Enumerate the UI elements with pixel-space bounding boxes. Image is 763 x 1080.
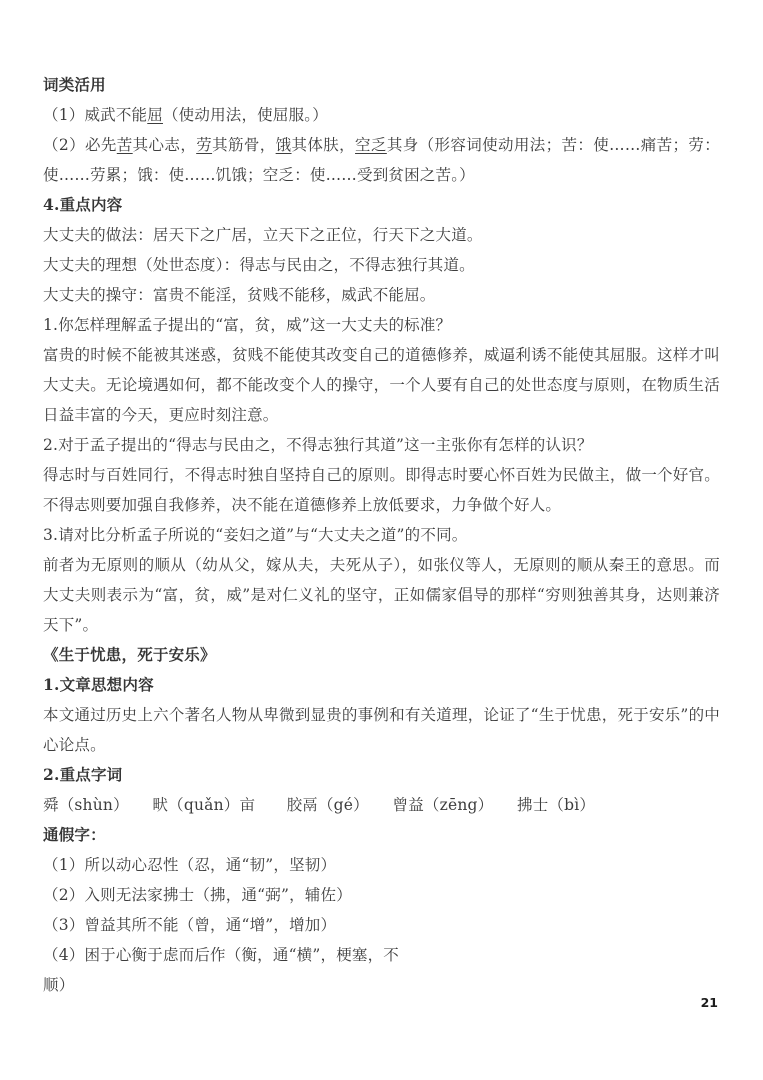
text-segment: 大丈夫的理想（处世态度）：得志与民由之，不得志独行其道。 (43, 256, 475, 274)
text-segment: 2.对于孟子提出的“得志与民由之，不得志独行其道”这一主张你有怎样的认识？ (43, 436, 593, 454)
text-segment: 顺） (43, 976, 74, 994)
body-text-line: 得志时与百姓同行，不得志时独自坚持自己的原则。即得志时要心怀百姓为民做主，做一个… (43, 460, 720, 520)
body-text-line: （4）困于心衡于虑而后作（衡，通“横”，梗塞，不 (43, 940, 720, 970)
section-heading: 4.重点内容 (43, 190, 720, 220)
underlined-term: 劳 (196, 136, 212, 154)
text-segment: 词类活用 (43, 75, 106, 94)
body-text-line: （3）曾益其所不能（曾，通“增”，增加） (43, 910, 720, 940)
text-segment: 大丈夫的做法：居天下之广居，立天下之正位，行天下之大道。 (43, 226, 483, 244)
underlined-term: 屈 (147, 106, 163, 124)
body-text-line: （1）所以动心忍性（忍，通“韧”，坚韧） (43, 850, 720, 880)
section-heading: 词类活用 (43, 70, 720, 100)
document-body: 词类活用（1）威武不能屈（使动用法，使屈服。）（2）必先苦其心志，劳其筋骨，饿其… (43, 70, 720, 1000)
body-text-line: 富贵的时候不能被其迷惑，贫贱不能使其改变自己的道德修养，威逼利诱不能使其屈服。这… (43, 340, 720, 430)
text-segment: （使动用法，使屈服。） (163, 106, 328, 124)
text-segment: 前者为无原则的顺从（幼从父，嫁从夫，夫死从子），如张仪等人，无原则的顺从秦王的意… (43, 556, 720, 634)
page-number: 21 (701, 995, 718, 1010)
text-segment: 舜（shùn） 畎（quǎn）亩 胶鬲（gé） 曾益（zēng） 拂士（bì） (43, 796, 595, 814)
section-heading: 《生于忧患，死于安乐》 (43, 640, 720, 670)
text-segment: 1.文章思想内容 (43, 675, 154, 694)
body-text-line: （2）入则无法家拂士（拂，通“弼”，辅佐） (43, 880, 720, 910)
text-segment: （1）威武不能 (43, 106, 147, 124)
section-heading: 通假字： (43, 820, 720, 850)
body-text-line: 2.对于孟子提出的“得志与民由之，不得志独行其道”这一主张你有怎样的认识？ (43, 430, 720, 460)
text-segment: 3.请对比分析孟子所说的“妾妇之道”与“大丈夫之道”的不同。 (43, 526, 468, 544)
body-text-line: 大丈夫的做法：居天下之广居，立天下之正位，行天下之大道。 (43, 220, 720, 250)
body-text-line: 3.请对比分析孟子所说的“妾妇之道”与“大丈夫之道”的不同。 (43, 520, 720, 550)
text-segment: （4）困于心衡于虑而后作（衡，通“横”，梗塞，不 (43, 946, 399, 964)
text-segment: （3）曾益其所不能（曾，通“增”，增加） (43, 916, 336, 934)
text-segment: 通假字： (43, 825, 106, 844)
body-text-line: 前者为无原则的顺从（幼从父，嫁从夫，夫死从子），如张仪等人，无原则的顺从秦王的意… (43, 550, 720, 640)
body-text-line: 1.你怎样理解孟子提出的“富，贫，威”这一大丈夫的标准？ (43, 310, 720, 340)
underlined-term: 空乏 (355, 136, 387, 154)
text-segment: 4.重点内容 (43, 195, 122, 214)
text-segment: 《生于忧患，死于安乐》 (43, 645, 216, 664)
body-text-line: （2）必先苦其心志，劳其筋骨，饿其体肤，空乏其身（形容词使动用法；苦：使……痛苦… (43, 130, 720, 190)
text-segment: 其心志， (133, 136, 197, 154)
body-text-line: 本文通过历史上六个著名人物从卑微到显贵的事例和有关道理，论证了“生于忧患，死于安… (43, 700, 720, 760)
text-segment: 1.你怎样理解孟子提出的“富，贫，威”这一大丈夫的标准？ (43, 316, 451, 334)
text-segment: （2）入则无法家拂士（拂，通“弼”，辅佐） (43, 886, 352, 904)
text-segment: （2）必先 (43, 136, 117, 154)
body-text-line: 大丈夫的操守：富贵不能淫，贫贱不能移，威武不能屈。 (43, 280, 720, 310)
body-text-line: 顺） (43, 970, 720, 1000)
section-heading: 2.重点字词 (43, 760, 720, 790)
text-segment: 富贵的时候不能被其迷惑，贫贱不能使其改变自己的道德修养，威逼利诱不能使其屈服。这… (43, 346, 720, 424)
text-segment: 大丈夫的操守：富贵不能淫，贫贱不能移，威武不能屈。 (43, 286, 436, 304)
document-page: 词类活用（1）威武不能屈（使动用法，使屈服。）（2）必先苦其心志，劳其筋骨，饿其… (0, 0, 763, 1080)
body-text-line: 舜（shùn） 畎（quǎn）亩 胶鬲（gé） 曾益（zēng） 拂士（bì） (43, 790, 720, 820)
text-segment: 本文通过历史上六个著名人物从卑微到显贵的事例和有关道理，论证了“生于忧患，死于安… (43, 706, 720, 754)
text-segment: （1）所以动心忍性（忍，通“韧”，坚韧） (43, 856, 336, 874)
text-segment: 其体肤， (292, 136, 356, 154)
body-text-line: 大丈夫的理想（处世态度）：得志与民由之，不得志独行其道。 (43, 250, 720, 280)
text-segment: 得志时与百姓同行，不得志时独自坚持自己的原则。即得志时要心怀百姓为民做主，做一个… (43, 466, 720, 514)
section-heading: 1.文章思想内容 (43, 670, 720, 700)
text-segment: 其筋骨， (212, 136, 276, 154)
body-text-line: （1）威武不能屈（使动用法，使屈服。） (43, 100, 720, 130)
underlined-term: 苦 (117, 136, 133, 154)
text-segment: 2.重点字词 (43, 765, 122, 784)
underlined-term: 饿 (276, 136, 292, 154)
